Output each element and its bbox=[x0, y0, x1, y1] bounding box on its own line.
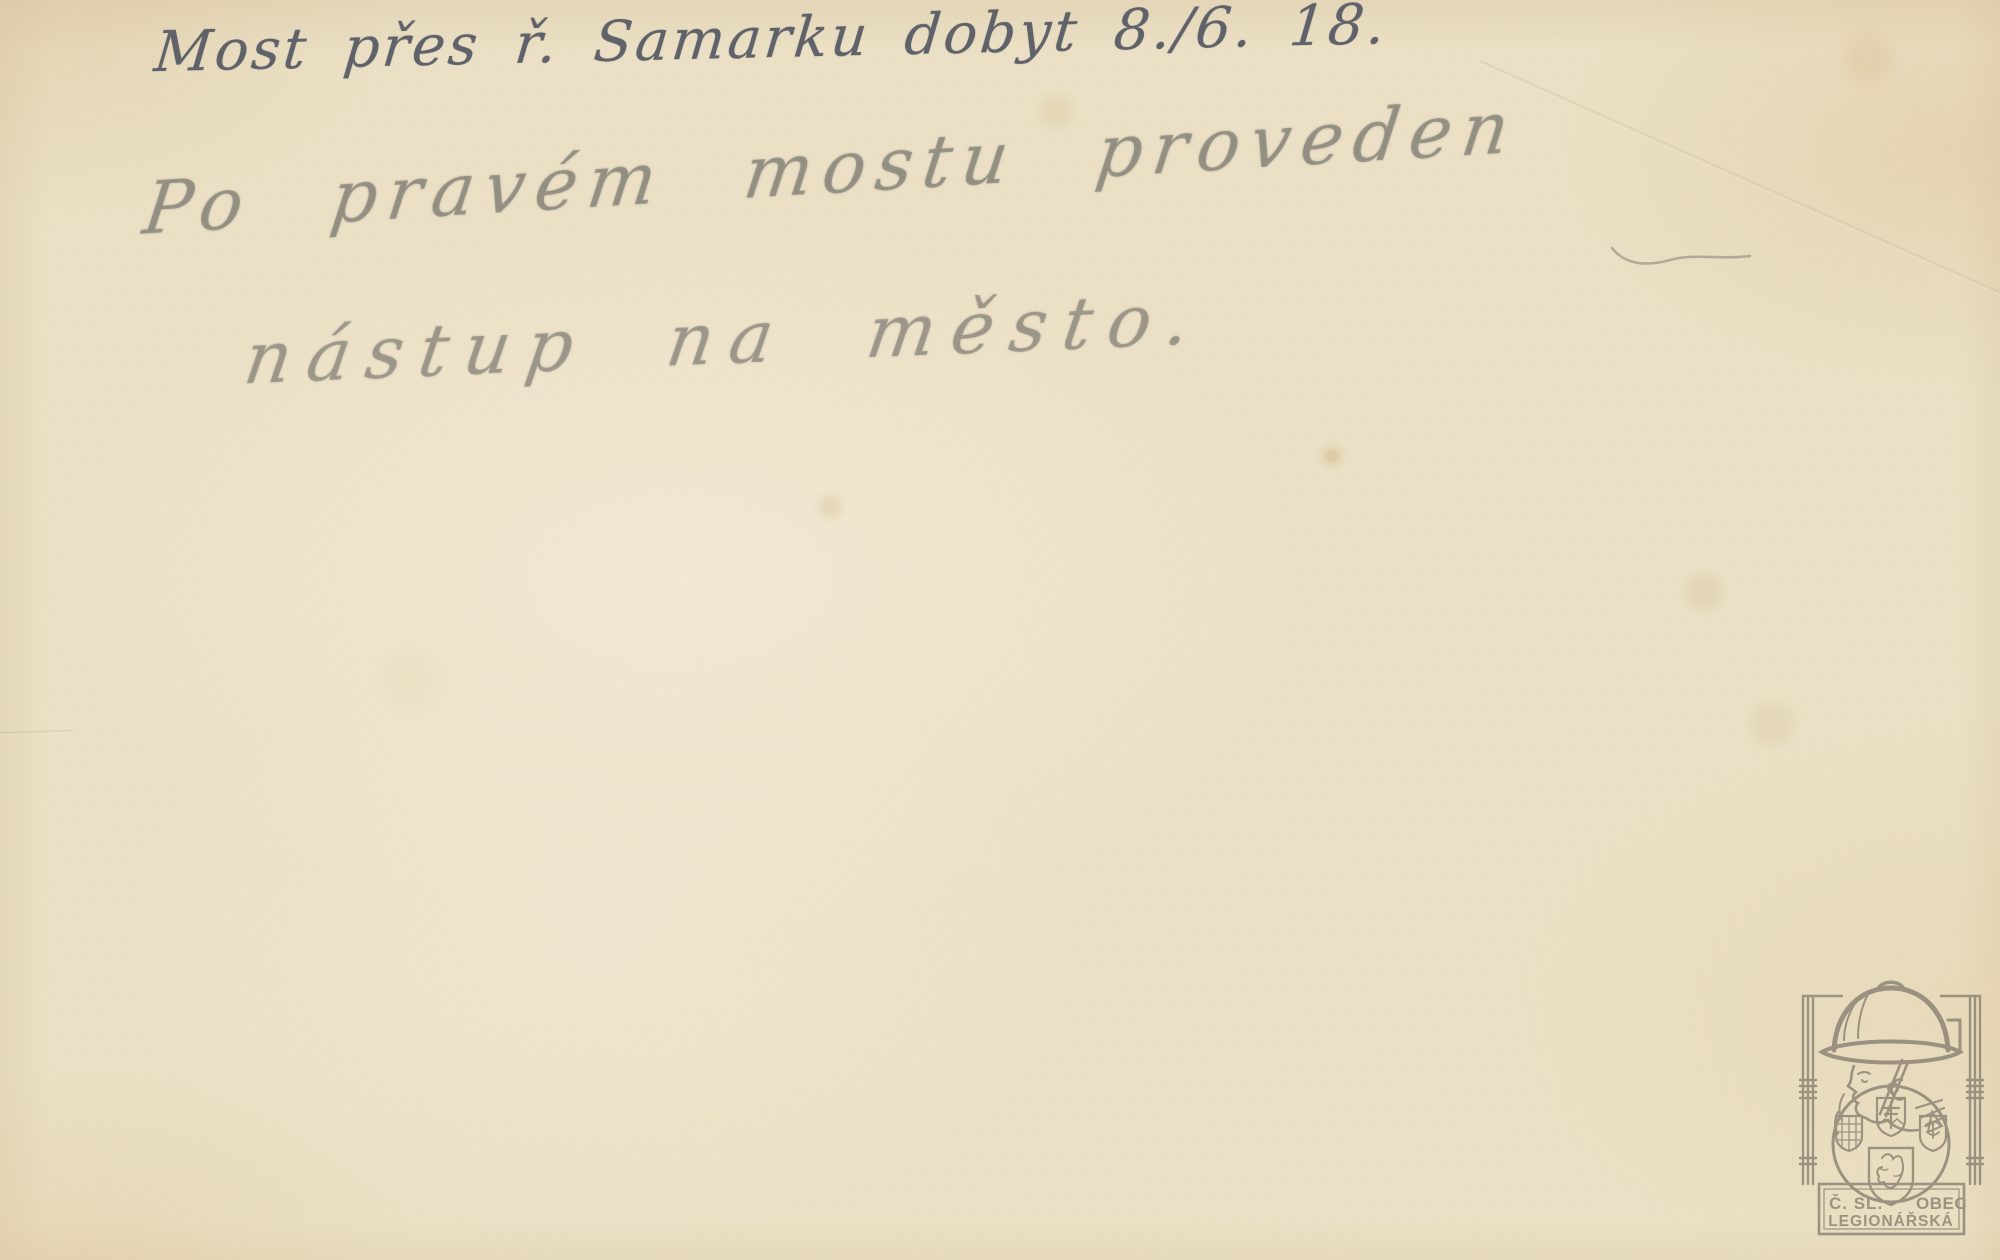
paper-crease-bottom-left bbox=[0, 730, 74, 736]
pencil-squiggle-mark bbox=[1608, 236, 1758, 272]
stamp-text-obec: OBEC bbox=[1916, 1194, 1967, 1213]
stamp-lettering: Č. SL. OBEC LEGIONÁŘSKÁ bbox=[1828, 1194, 1967, 1230]
handwriting-line-note-2: nástup na město. bbox=[239, 276, 1211, 401]
legion-archive-stamp: Č. SL. OBEC LEGIONÁŘSKÁ bbox=[1798, 962, 1985, 1246]
photo-back-scan: Most přes ř. Samarku dobyt 8./6. 18. Po … bbox=[0, 0, 2000, 1260]
handwriting-line-caption: Most přes ř. Samarku dobyt 8./6. 18. bbox=[151, 0, 1391, 85]
paper-crease-top-right bbox=[1478, 60, 2000, 324]
handwriting-line-note-1: Po pravém mostu proveden bbox=[139, 84, 1525, 250]
heraldic-shields-icon bbox=[1833, 1086, 1949, 1205]
stamp-text-legionarska: LEGIONÁŘSKÁ bbox=[1828, 1212, 1954, 1230]
stamp-text-csl: Č. SL. bbox=[1829, 1194, 1883, 1213]
